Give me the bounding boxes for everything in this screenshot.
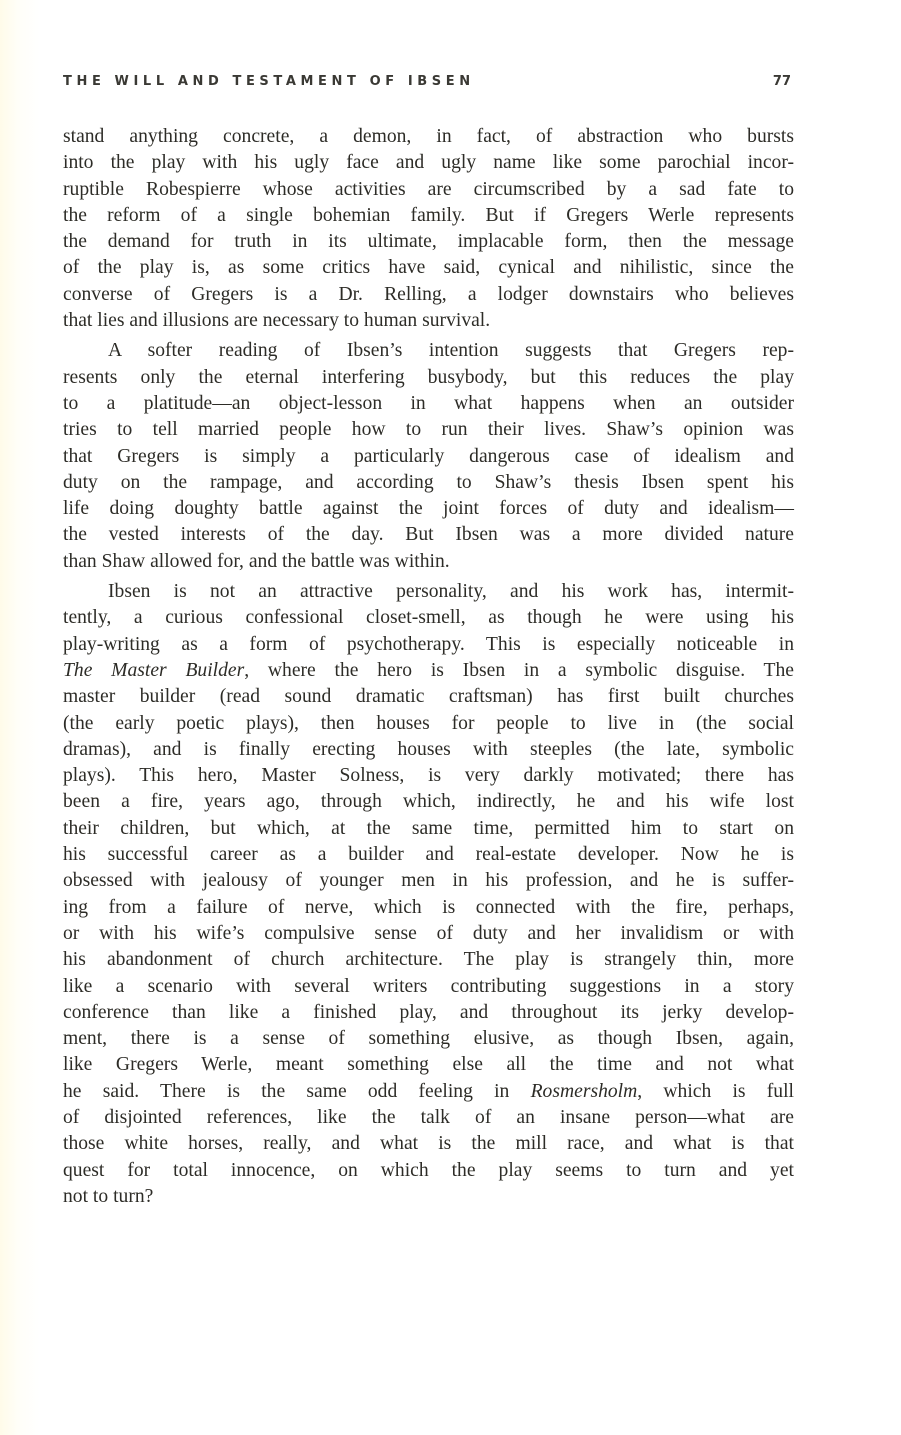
text-line: that Gregers is simply a particularly da… bbox=[63, 444, 794, 470]
book-title-italic: Rosmersholm bbox=[531, 1081, 638, 1102]
text-line: ment, there is a sense of something elus… bbox=[63, 1026, 794, 1052]
text-line: ruptible Robespierre whose activities ar… bbox=[63, 177, 794, 203]
book-title-italic: The Master Builder bbox=[63, 660, 244, 681]
text-line: resents only the eternal interfering bus… bbox=[63, 365, 794, 391]
text-line: his successful career as a builder and r… bbox=[63, 842, 794, 868]
text-line: duty on the rampage, and according to Sh… bbox=[63, 470, 794, 496]
text-line: to a platitude—an object-lesson in what … bbox=[63, 391, 794, 417]
text-line: like a scenario with several writers con… bbox=[63, 974, 794, 1000]
text-line: tently, a curious confessional closet-sm… bbox=[63, 605, 794, 631]
text-line: (the early poetic plays), then houses fo… bbox=[63, 711, 794, 737]
text-line: A softer reading of Ibsen’s intention su… bbox=[63, 338, 794, 364]
body-text: stand anything concrete, a demon, in fac… bbox=[63, 124, 794, 1210]
text-line: plays). This hero, Master Solness, is ve… bbox=[63, 763, 794, 789]
paragraph-3: Ibsen is not an attractive personality, … bbox=[63, 579, 794, 1210]
text-line: of the play is, as some critics have sai… bbox=[63, 255, 794, 281]
text-line: dramas), and is finally erecting houses … bbox=[63, 737, 794, 763]
text-line: of disjointed references, like the talk … bbox=[63, 1105, 794, 1131]
text-line: into the play with his ugly face and ugl… bbox=[63, 150, 794, 176]
text-line: those white horses, really, and what is … bbox=[63, 1131, 794, 1157]
text-span: , where the hero is Ibsen in a symbolic … bbox=[244, 660, 794, 681]
text-line: their children, but which, at the same t… bbox=[63, 816, 794, 842]
text-line: Ibsen is not an attractive personality, … bbox=[63, 579, 794, 605]
text-line: the reform of a single bohemian family. … bbox=[63, 203, 794, 229]
text-line: play-writing as a form of psychotherapy.… bbox=[63, 632, 794, 658]
text-line: converse of Gregers is a Dr. Relling, a … bbox=[63, 282, 794, 308]
text-line: quest for total innocence, on which the … bbox=[63, 1158, 794, 1184]
text-line: conference than like a finished play, an… bbox=[63, 1000, 794, 1026]
text-line: life doing doughty battle against the jo… bbox=[63, 496, 794, 522]
text-line: been a fire, years ago, through which, i… bbox=[63, 789, 794, 815]
text-line: the demand for truth in its ultimate, im… bbox=[63, 229, 794, 255]
text-line: the vested interests of the day. But Ibs… bbox=[63, 522, 794, 548]
text-line: ing from a failure of nerve, which is co… bbox=[63, 895, 794, 921]
text-line: not to turn? bbox=[63, 1184, 794, 1210]
text-line: he said. There is the same odd feeling i… bbox=[63, 1079, 794, 1105]
text-line: like Gregers Werle, meant something else… bbox=[63, 1052, 794, 1078]
paragraph-1: stand anything concrete, a demon, in fac… bbox=[63, 124, 794, 334]
text-line: than Shaw allowed for, and the battle wa… bbox=[63, 549, 794, 575]
text-line: his abandonment of church architecture. … bbox=[63, 947, 794, 973]
text-line: that lies and illusions are necessary to… bbox=[63, 308, 794, 334]
page-number: 77 bbox=[773, 74, 791, 89]
paragraph-2: A softer reading of Ibsen’s intention su… bbox=[63, 338, 794, 575]
text-line: The Master Builder, where the hero is Ib… bbox=[63, 658, 794, 684]
running-title: THE WILL AND TESTAMENT OF IBSEN bbox=[63, 74, 475, 89]
text-line: or with his wife’s compulsive sense of d… bbox=[63, 921, 794, 947]
text-line: obsessed with jealousy of younger men in… bbox=[63, 868, 794, 894]
text-line: tries to tell married people how to run … bbox=[63, 417, 794, 443]
text-line: stand anything concrete, a demon, in fac… bbox=[63, 124, 794, 150]
text-span: he said. There is the same odd feeling i… bbox=[63, 1081, 531, 1102]
text-line: master builder (read sound dramatic craf… bbox=[63, 684, 794, 710]
running-head: THE WILL AND TESTAMENT OF IBSEN 77 bbox=[63, 74, 794, 94]
text-span: , which is full bbox=[637, 1081, 794, 1102]
